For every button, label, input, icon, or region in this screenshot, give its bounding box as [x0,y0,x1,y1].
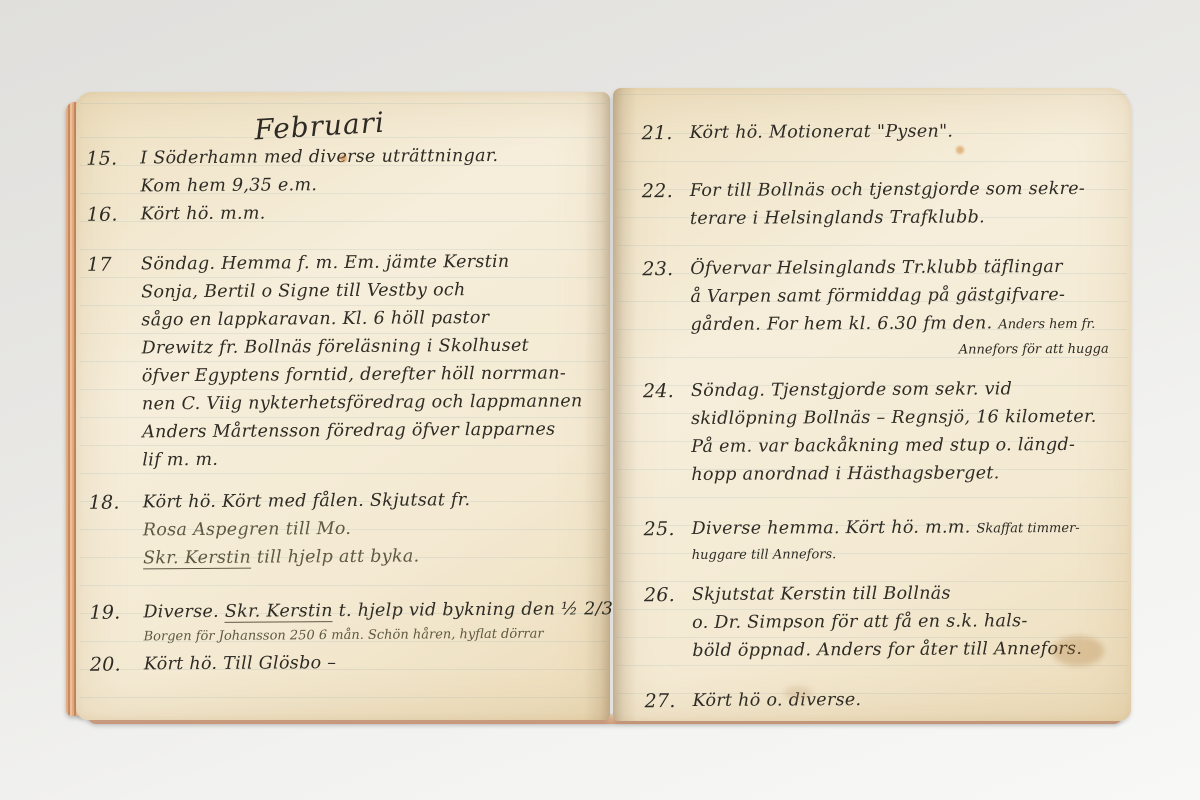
entry-line: For till Bollnäs och tjenstgjorde som se… [690,175,1114,205]
right-page-content: 21.Kört hö. Motionerat "Pysen".22.For ti… [611,87,1132,723]
entry-segment: For till Bollnäs och tjenstgjorde som se… [690,179,1085,201]
right-page: 21.Kört hö. Motionerat "Pysen".22.For ti… [613,88,1131,721]
entry-line: Rosa Aspegren till Mo. [143,513,595,544]
entry-segment: Kört hö. m.m. [141,204,266,225]
diary-entry: 20.Kört hö. Till Glösbo – [90,647,596,679]
photo-background: Februari 15.I Söderhamn med diverse uträ… [0,0,1200,800]
diary-entry: 26.Skjutstat Kerstin till Bollnäso. Dr. … [644,579,1116,665]
entry-day: 18. [89,488,143,516]
entry-text: Kört hö. m.m. [141,197,593,228]
entry-line: Diverse hemma. Kört hö. m.m. Skaffat tim… [692,513,1116,545]
entry-line: sågo en lappkaravan. Kl. 6 höll pastor [141,303,593,334]
entry-day: 27. [644,687,692,715]
right-entries: 21.Kört hö. Motionerat "Pysen".22.For ti… [642,117,1117,715]
entry-segment: Kört hö o. diverse. [692,690,861,711]
entry-line: Kört hö. Kört med fålen. Skjutsat fr. [143,485,595,516]
entry-segment: Annefors för att hugga [959,342,1109,358]
entry-line: Sonja, Bertil o Signe till Vestby och [141,275,593,306]
left-page-content: Februari 15.I Söderhamn med diverse uträ… [74,90,612,722]
entry-day: 21. [642,119,690,147]
entry-segment: Skjutstat Kerstin till Bollnäs [692,584,951,605]
entry-day: 26. [644,581,692,609]
entry-text: Kört hö. Motionerat "Pysen". [690,117,1114,147]
entry-segment: hopp anordnad i Hästhagsberget. [691,463,999,485]
entry-line: Diverse. Skr. Kerstin t. hjelp vid bykni… [143,595,595,626]
entry-segment: t. hjelp vid bykning den ½ 2/3 [333,599,614,621]
entry-segment: nen C. Viig nykterhetsföredrag och lappm… [142,391,583,414]
entry-line: å Varpen samt förmiddag på gästgifvare- [690,281,1114,311]
entry-line: Borgen för Johansson 250 6 mån. Schön hå… [144,623,596,648]
entry-line: hopp anordnad i Hästhagsberget. [691,459,1115,489]
diary-entry: 23.Öfvervar Helsinglands Tr.klubb täflin… [642,253,1115,363]
entry-segment: Skr. Kerstin [143,548,251,570]
entry-line: nen C. Viig nykterhetsföredrag och lappm… [142,387,594,418]
entry-line: Söndag. Tjenstgjorde som sekr. vid [691,375,1115,405]
entry-segment: gården. For hem kl. 6.30 fm den. [691,313,999,335]
entry-day: 16. [87,200,141,228]
entry-day: 22. [642,177,690,205]
entry-text: For till Bollnäs och tjenstgjorde som se… [690,175,1114,233]
diary-entry: 21.Kört hö. Motionerat "Pysen". [642,117,1114,147]
stain [1052,636,1104,666]
entry-line: terare i Helsinglands Trafklubb. [690,203,1114,233]
entry-line: Kört hö. Till Glösbo – [144,647,596,678]
entry-day: 17 [87,250,141,278]
entry-text: Söndag. Tjenstgjorde som sekr. vidskidlö… [691,375,1116,489]
entry-line: lif m. m. [142,443,594,474]
entry-segment: öfver Egyptens forntid, derefter höll no… [142,363,566,386]
entry-segment: till hjelp att byka. [251,546,420,567]
entry-segment: Diverse. [143,602,225,623]
entry-segment: skidlöpning Bollnäs – Regnsjö, 16 kilome… [691,407,1097,429]
entry-line: Öfvervar Helsinglands Tr.klubb täflingar [690,253,1114,283]
entry-segment: Diverse hemma. Kört hö. m.m. [692,517,977,538]
entry-line: På em. var backåkning med stup o. längd- [691,431,1115,461]
entry-segment: Drewitz fr. Bollnäs föreläsning i Skolhu… [142,336,530,359]
diary-entry: 27.Kört hö o. diverse. [644,685,1116,715]
entry-text: Diverse hemma. Kört hö. m.m. Skaffat tim… [692,513,1116,567]
diary-entry: 18.Kört hö. Kört med fålen. Skjutsat fr.… [89,485,596,573]
entry-day: 20. [90,650,144,678]
diary-entry: 24.Söndag. Tjenstgjorde som sekr. vidski… [643,375,1116,489]
entry-segment: Anders hem fr. [998,317,1095,333]
entry-line: Anders Mårtensson föredrag öfver lapparn… [142,415,594,446]
entry-segment: o. Dr. Simpson för att få en s.k. hals- [692,611,1028,633]
entry-text: Kört hö. Kört med fålen. Skjutsat fr.Ros… [143,485,596,572]
diary-entry: 25.Diverse hemma. Kört hö. m.m. Skaffat … [644,513,1116,567]
entry-line: Annefors för att hugga [691,339,1115,363]
entry-text: Kört hö o. diverse. [692,685,1116,715]
entry-line: o. Dr. Simpson för att få en s.k. hals- [692,607,1116,637]
entry-line: huggare till Annefors. [692,543,1116,567]
entry-line: I Söderhamn med diverse uträttningar. [140,141,592,172]
entry-text: Öfvervar Helsinglands Tr.klubb täflingar… [690,253,1115,363]
entry-day: 25. [644,515,692,543]
entry-segment: Öfvervar Helsinglands Tr.klubb täflingar [690,257,1063,279]
stain [784,686,812,700]
diary-entry: 17Söndag. Hemma f. m. Em. jämte KerstinS… [87,247,595,475]
entry-line: Drewitz fr. Bollnäs föreläsning i Skolhu… [141,331,593,362]
entry-text: Diverse. Skr. Kerstin t. hjelp vid bykni… [143,595,595,648]
entry-segment: Kom hem 9,35 e.m. [140,175,317,196]
diary-entry: 15.I Söderhamn med diverse uträttningar.… [86,141,592,201]
entry-line: Skjutstat Kerstin till Bollnäs [692,579,1116,609]
diary-entry: 22.For till Bollnäs och tjenstgjorde som… [642,175,1114,233]
entry-text: Söndag. Hemma f. m. Em. jämte KerstinSon… [141,247,595,474]
entry-day: 19. [89,598,143,626]
entry-segment: Sonja, Bertil o Signe till Vestby och [141,280,466,302]
stain [956,146,964,154]
stain [340,155,347,162]
diary-entry: 19.Diverse. Skr. Kerstin t. hjelp vid by… [89,595,595,649]
entry-segment: huggare till Annefors. [692,547,837,563]
entry-day: 23. [642,255,690,283]
entry-segment: sågo en lappkaravan. Kl. 6 höll pastor [141,308,489,330]
entry-segment: Skr. Kerstin [225,601,333,623]
entry-line: Kört hö. Motionerat "Pysen". [690,117,1114,147]
entry-segment: lif m. m. [142,450,218,471]
entry-segment: Kört hö. Kört med fålen. Skjutsat fr. [143,490,471,512]
entry-segment: Skaffat timmer- [976,521,1079,537]
entry-segment: å Varpen samt förmiddag på gästgifvare- [690,285,1065,307]
month-header: Februari [253,93,592,146]
entry-line: Söndag. Hemma f. m. Em. jämte Kerstin [141,247,593,278]
left-entries: 15.I Söderhamn med diverse uträttningar.… [86,141,596,679]
entry-segment: Kört hö. Till Glösbo – [144,653,337,674]
entry-segment: terare i Helsinglands Trafklubb. [690,207,985,229]
entry-line: öfver Egyptens forntid, derefter höll no… [142,359,594,390]
entry-day: 24. [643,377,691,405]
entry-line: Skr. Kerstin till hjelp att byka. [143,541,595,572]
entry-segment: böld öppnad. Anders for åter till Annefo… [692,639,1082,661]
entry-line: Kört hö. m.m. [141,197,593,228]
entry-segment: På em. var backåkning med stup o. längd- [691,435,1075,457]
entry-segment: Borgen för Johansson 250 6 mån. Schön hå… [144,627,544,645]
entry-day: 15. [86,144,140,172]
entry-line: Kört hö o. diverse. [692,685,1116,715]
entry-line: skidlöpning Bollnäs – Regnsjö, 16 kilome… [691,403,1115,433]
entry-segment: I Söderhamn med diverse uträttningar. [140,146,498,168]
entry-segment: Rosa Aspegren till Mo. [143,519,351,540]
entry-text: Kört hö. Till Glösbo – [144,647,596,678]
entry-line: gården. For hem kl. 6.30 fm den. Anders … [691,309,1115,341]
entry-line: Kom hem 9,35 e.m. [140,169,592,200]
left-page: Februari 15.I Söderhamn med diverse uträ… [76,92,610,720]
entry-segment: Söndag. Tjenstgjorde som sekr. vid [691,379,1012,401]
entry-segment: Anders Mårtensson föredrag öfver lapparn… [142,420,555,443]
entry-text: I Söderhamn med diverse uträttningar.Kom… [140,141,592,200]
entry-segment: Söndag. Hemma f. m. Em. jämte Kerstin [141,252,510,275]
entry-segment: Kört hö. Motionerat "Pysen". [690,122,954,143]
diary-entry: 16.Kört hö. m.m. [87,197,593,229]
